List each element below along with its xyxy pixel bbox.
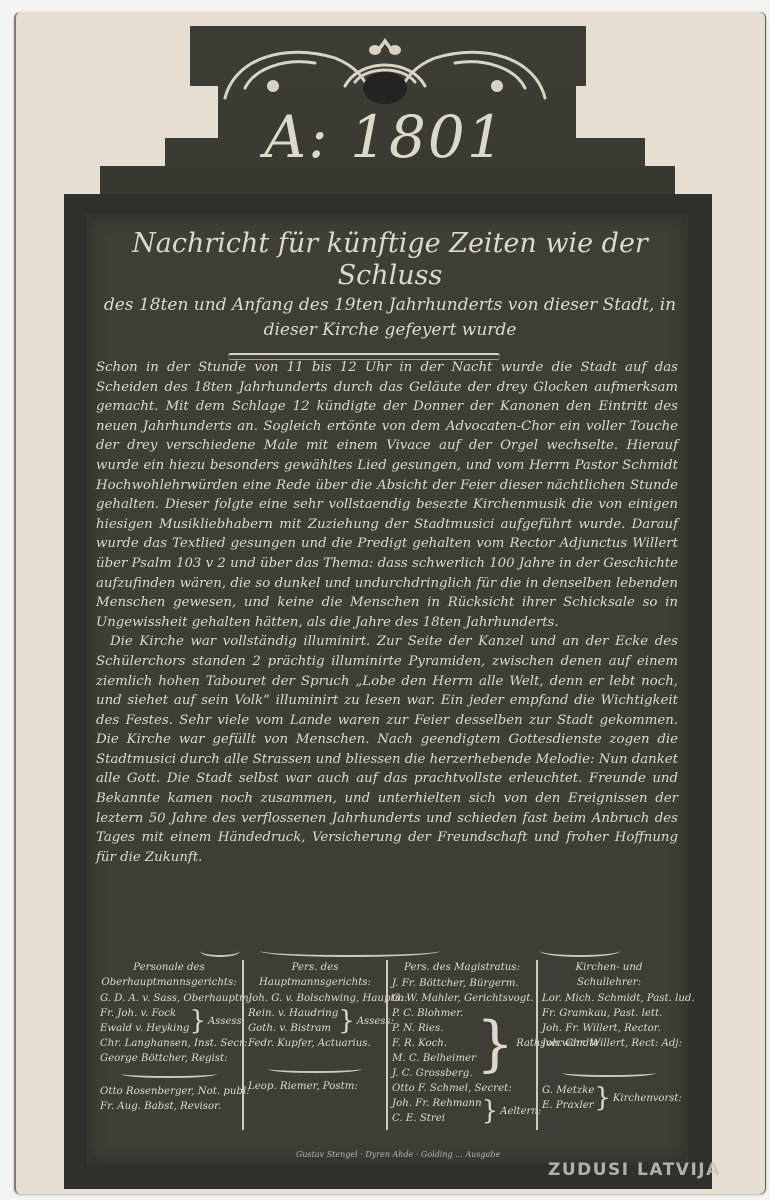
swash-divider bbox=[260, 945, 440, 957]
roster-entry: Joh. Chr. Willert, Rect: Adj: bbox=[542, 1036, 676, 1051]
roster-group: Fr. Joh. v. Fock Ewald v. Heyking } Asse… bbox=[100, 1006, 238, 1036]
roster-group: P. C. Blohmer. P. N. Ries. F. R. Koch. M… bbox=[392, 1006, 532, 1081]
roster-entry: Otto F. Schmel, Secret: bbox=[392, 1081, 532, 1096]
roster-entry: Joh. Fr. Rehmann bbox=[392, 1096, 482, 1111]
roster-entry: J. C. Grossberg. bbox=[392, 1066, 476, 1081]
archive-watermark: ZUDUSI LATVIJA bbox=[548, 1160, 721, 1180]
swash-divider bbox=[540, 945, 620, 957]
brace-icon: } bbox=[594, 1089, 611, 1107]
roster-entry: Fr. Joh. v. Fock bbox=[100, 1006, 189, 1021]
roster-entry: Fedr. Kupfer, Actuarius. bbox=[248, 1036, 382, 1051]
roster-role: Assess: bbox=[206, 1014, 245, 1029]
swash-divider bbox=[562, 1069, 656, 1077]
roster-entry: C. E. Strei bbox=[392, 1111, 482, 1126]
brace-icon: } bbox=[482, 1102, 499, 1120]
plaque-body: Schon in der Stunde von 11 bis 12 Uhr in… bbox=[96, 358, 678, 867]
year-inscription: A: 1801 bbox=[225, 108, 545, 166]
column-heading: Personale des Oberhauptmannsgerichts: bbox=[100, 960, 238, 990]
roster-entry: Chr. Langhansen, Inst. Secr: bbox=[100, 1036, 238, 1051]
roster-entry: G. Metzke bbox=[542, 1083, 594, 1098]
roster-column-magistrat: Pers. des Magistratus: J. Fr. Böttcher, … bbox=[386, 960, 536, 1130]
roster-entry: Fr. Gramkau, Past. lett. bbox=[542, 1006, 676, 1021]
body-paragraph: Schon in der Stunde von 11 bis 12 Uhr in… bbox=[96, 358, 678, 632]
roster-group: G. Metzke E. Praxler } Kirchenvorst: bbox=[542, 1083, 676, 1113]
roster-role: Kirchenvorst: bbox=[611, 1091, 682, 1106]
swash-divider bbox=[121, 1070, 218, 1078]
roster-entry: M. C. Belheimer bbox=[392, 1051, 476, 1066]
title-line-1: Nachricht für künftige Zeiten wie der Sc… bbox=[100, 228, 680, 292]
roster-entry: Joh. G. v. Bolschwing, Hauptm: bbox=[248, 991, 382, 1006]
roster-entry: P. N. Ries. bbox=[392, 1021, 476, 1036]
roster-entry: Joh. Fr. Willert, Rector. bbox=[542, 1021, 676, 1036]
roster-entry: E. Praxler bbox=[542, 1098, 594, 1113]
roster-entry: Otto Rosenberger, Not. publ: bbox=[100, 1084, 238, 1099]
roster-group: Joh. Fr. Rehmann C. E. Strei } Aeltern: bbox=[392, 1096, 532, 1126]
title-line-3: dieser Kirche gefeyert wurde bbox=[100, 318, 680, 342]
roster-entry: J. Fr. Böttcher, Bürgerm. bbox=[392, 976, 532, 991]
brace-icon: } bbox=[338, 1012, 355, 1030]
column-heading: Kirchen- und Schullehrer: bbox=[542, 960, 676, 990]
roster-entry: George Böttcher, Regist: bbox=[100, 1051, 238, 1066]
roster-entry: Ewald v. Heyking bbox=[100, 1021, 189, 1036]
roster-column-oberhauptmann: Personale des Oberhauptmannsgerichts: G.… bbox=[96, 960, 242, 1130]
body-paragraph: Die Kirche war vollständig illuminirt. Z… bbox=[96, 632, 678, 867]
roster-column-hauptmann: Pers. des Hauptmannsgerichts: Joh. G. v.… bbox=[242, 960, 386, 1130]
roster-entry: G. D. A. v. Sass, Oberhauptm: bbox=[100, 991, 238, 1006]
roster-entry: Goth. v. Bistram bbox=[248, 1021, 338, 1036]
photographer-signature: Gustav Stengel · Dyren Ahde · Golding ..… bbox=[296, 1150, 500, 1159]
swash-divider bbox=[268, 1065, 362, 1073]
brace-icon: } bbox=[189, 1012, 206, 1030]
column-heading: Pers. des Hauptmannsgerichts: bbox=[248, 960, 382, 990]
roster-role: Aeltern: bbox=[498, 1104, 541, 1119]
roster-entry: G. W. Mahler, Gerichtsvogt. bbox=[392, 991, 532, 1006]
roster-group: Rein. v. Haudring Goth. v. Bistram } Ass… bbox=[248, 1006, 382, 1036]
brace-icon: } bbox=[476, 1014, 514, 1074]
roster-entry: P. C. Blohmer. bbox=[392, 1006, 476, 1021]
roster-column-kirche-schule: Kirchen- und Schullehrer: Lor. Mich. Sch… bbox=[536, 960, 680, 1130]
column-heading: Pers. des Magistratus: bbox=[392, 960, 532, 975]
roster-entry: Lor. Mich. Schmidt, Past. lud. bbox=[542, 991, 676, 1006]
scrollwork-ornament-icon bbox=[215, 38, 555, 108]
title-line-2: des 18ten und Anfang des 19ten Jahrhunde… bbox=[100, 292, 680, 318]
plaque-title: Nachricht für künftige Zeiten wie der Sc… bbox=[100, 228, 680, 342]
roster-entry: F. R. Koch. bbox=[392, 1036, 476, 1051]
officials-roster: Personale des Oberhauptmannsgerichts: G.… bbox=[96, 960, 680, 1130]
roster-entry: Rein. v. Haudring bbox=[248, 1006, 338, 1021]
roster-entry: Fr. Aug. Babst, Revisor. bbox=[100, 1099, 238, 1114]
swash-divider bbox=[200, 945, 240, 957]
roster-entry: Leop. Riemer, Postm: bbox=[248, 1079, 382, 1094]
